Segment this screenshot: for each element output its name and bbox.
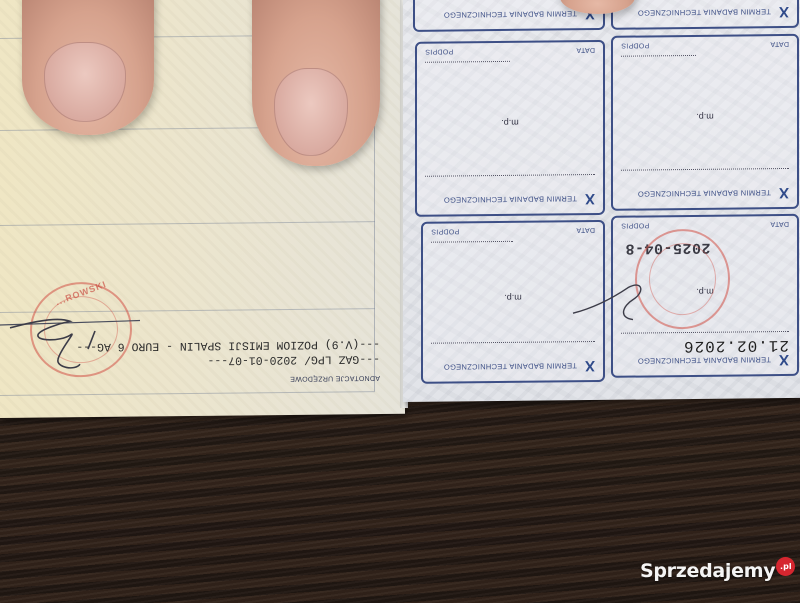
inspection-box-completed: X TERMIN BADANIA TECHNICZNEGO 21.02.2026… <box>611 214 799 378</box>
box-title: TERMIN BADANIA TECHNICZNEGO <box>638 188 771 198</box>
x-mark: X <box>585 357 595 374</box>
box-title: TERMIN BADANIA TECHNICZNEGO <box>444 194 577 204</box>
next-inspection-date: 21.02.2026 <box>683 336 789 355</box>
document-right-page: X TERMIN BADANIA TECHNICZNEGO X TERMIN B… <box>403 0 800 402</box>
inspection-box: X TERMIN BADANIA TECHNICZNEGO m.p. DATA … <box>611 34 799 211</box>
sprzedajemy-watermark: Sprzedajemy .pl <box>640 560 795 582</box>
signature-label: PODPIS <box>621 221 649 228</box>
date-label: DATA <box>770 40 789 47</box>
inspection-box-partial: X TERMIN BADANIA TECHNICZNEGO <box>611 0 799 30</box>
box-title: TERMIN BADANIA TECHNICZNEGO <box>444 9 577 19</box>
signature-label: PODPIS <box>621 41 649 48</box>
box-title: TERMIN BADANIA TECHNICZNEGO <box>638 355 771 365</box>
watermark-badge: .pl <box>776 557 795 576</box>
x-mark: X <box>585 190 595 207</box>
box-title: TERMIN BADANIA TECHNICZNEGO <box>444 361 577 371</box>
official-annotations: ADNOTACJE URZĘDOWE ---GAZ LPG/ 2020-01-0… <box>20 336 380 389</box>
date-label: DATA <box>576 226 595 233</box>
watermark-text: Sprzedajemy <box>640 560 775 582</box>
x-mark: X <box>779 184 789 201</box>
signature-label: PODPIS <box>431 227 459 234</box>
date-label: DATA <box>770 220 789 227</box>
date-label: DATA <box>576 46 595 53</box>
fingernail <box>274 68 348 156</box>
fingernail <box>44 42 126 122</box>
finger-left <box>22 0 154 135</box>
x-mark: X <box>779 3 789 20</box>
box-title: TERMIN BADANIA TECHNICZNEGO <box>638 7 771 17</box>
seal-label: m.p. <box>417 117 603 129</box>
annotations-header: ADNOTACJE URZĘDOWE <box>20 370 380 389</box>
signature-label: PODPIS <box>425 47 453 54</box>
inspector-signature <box>573 257 693 338</box>
finger-middle <box>252 0 380 166</box>
seal-label: m.p. <box>613 111 797 123</box>
inspection-box: X TERMIN BADANIA TECHNICZNEGO m.p. DATA … <box>415 40 605 217</box>
